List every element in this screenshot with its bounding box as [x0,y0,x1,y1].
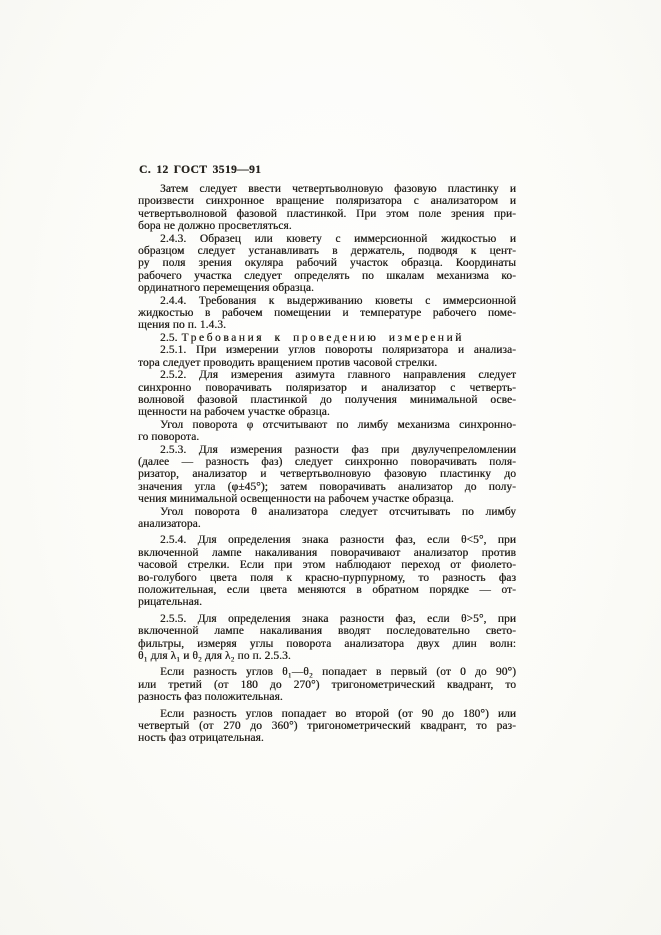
text-line: 2.4.4. Требования к выдерживанию кюветы … [138,295,516,307]
scanned-document-page: С. 12ГОСТ 3519—91 Затем следует ввести ч… [0,0,661,935]
text-line: Затем следует ввести четвертьволновую фа… [138,183,516,195]
text-line: четвертьволновой фазовой пластинкой. При… [138,208,516,220]
paragraph-intro: Затем следует ввести четвертьволновую фа… [138,183,516,233]
text-line: рабочего участка следует определять по ш… [138,270,516,282]
text-line: включенной лампе накаливания поворачиваю… [138,547,516,559]
paragraph-phi-note: Угол поворота φ отсчитывают по лимбу мех… [138,419,516,444]
text-line: Если разность углов попадает во второй (… [138,708,516,720]
text-line: произвести синхронное вращение поляризат… [138,195,516,207]
text-line: ризатор, анализатор и четвертьволновую ф… [138,468,516,480]
paragraph-2-4-4: 2.4.4. Требования к выдерживанию кюветы … [138,295,516,332]
text-line: бора не должно просветляться. [138,220,516,232]
text-line: ординатного перемещения образца. [138,282,516,294]
text-line: четвертый (от 270 до 360°) тригонометрич… [138,720,516,732]
text-line: щения по п. 1.4.3. [138,319,516,331]
text-line: жидкостью в рабочем помещении и температ… [138,307,516,319]
paragraph-2-5-5: 2.5.5. Для определения знака разности фа… [138,613,516,663]
text-line: 2.5.5. Для определения знака разности фа… [138,613,516,625]
text-line: образцом следует устанавливать в держате… [138,245,516,257]
text-line: го поворота. [138,431,516,443]
paragraph-2-5-1: 2.5.1. При измерении углов повороты поля… [138,344,516,369]
text-line: волновой фазовой пластинкой до получения… [138,394,516,406]
text-line: Если разность углов θ₁—θ₂ попадает в пер… [138,666,516,678]
text-line: ность фаз отрицательная. [138,732,516,744]
text-line: 2.5.1. При измерении углов повороты поля… [138,344,516,356]
text-line: ру поля зрения окуляра рабочий участок о… [138,257,516,269]
paragraph-quadrant-negative: Если разность углов попадает во второй (… [138,708,516,745]
paragraph-2-5-2: 2.5.2. Для измерения азимута главного на… [138,369,516,419]
section-heading-text: Требования к проведению измерений [182,332,464,344]
text-line: положительная, если цвета меняются в обр… [138,584,516,596]
paragraph-2-5-4: 2.5.4. Для определения знака разности фа… [138,534,516,608]
page-number-label: С. 12 [139,164,169,176]
running-head: С. 12ГОСТ 3519—91 [139,164,261,176]
section-heading-line: 2.5.Требования к проведению измерений [138,332,516,344]
paragraph-quadrant-positive: Если разность углов θ₁—θ₂ попадает в пер… [138,666,516,703]
paragraph-theta-note: Угол поворота θ анализатора следует отсч… [138,506,516,531]
text-line: значения угла (φ±45°); затем поворачиват… [138,481,516,493]
standard-number-label: ГОСТ 3519—91 [174,164,262,176]
paragraph-2-5-3: 2.5.3. Для измерения разности фаз при дв… [138,444,516,506]
text-line: рицательная. [138,596,516,608]
text-line: щенности на рабочем участке образца. [138,406,516,418]
text-column: Затем следует ввести четвертьволновую фа… [138,183,516,745]
text-line: Угол поворота φ отсчитывают по лимбу мех… [138,419,516,431]
text-line: разность фаз положительная. [138,691,516,703]
text-line: часовой стрелки. Если при этом наблюдают… [138,559,516,571]
text-line: 2.5.3. Для измерения разности фаз при дв… [138,444,516,456]
text-line: (далее — разность фаз) следует синхронно… [138,456,516,468]
text-line: 2.4.3. Образец или кювету с иммерсионной… [138,233,516,245]
text-line: во-голубого цвета поля к красно-пурпурно… [138,572,516,584]
text-line: тора следует проводить вращением против … [138,357,516,369]
text-line: анализатора. [138,518,516,530]
section-heading-number: 2.5. [160,332,178,344]
text-line: Угол поворота θ анализатора следует отсч… [138,506,516,518]
text-line: синхронно поворачивать поляризатор и ана… [138,382,516,394]
text-line: фильтры, измеряя углы поворота анализато… [138,638,516,650]
text-line: 2.5.2. Для измерения азимута главного на… [138,369,516,381]
paragraph-2-4-3: 2.4.3. Образец или кювету с иммерсионной… [138,233,516,295]
text-line: чения минимальной освещенности на рабоче… [138,493,516,505]
text-line: θ₁ для λ₁ и θ₂ для λ₂ по п. 2.5.3. [138,650,516,662]
heading-2-5: 2.5.Требования к проведению измерений [138,332,516,344]
text-line: 2.5.4. Для определения знака разности фа… [138,534,516,546]
text-line: или третий (от 180 до 270°) тригонометри… [138,679,516,691]
text-line: включенной лампе накаливания вводят посл… [138,625,516,637]
